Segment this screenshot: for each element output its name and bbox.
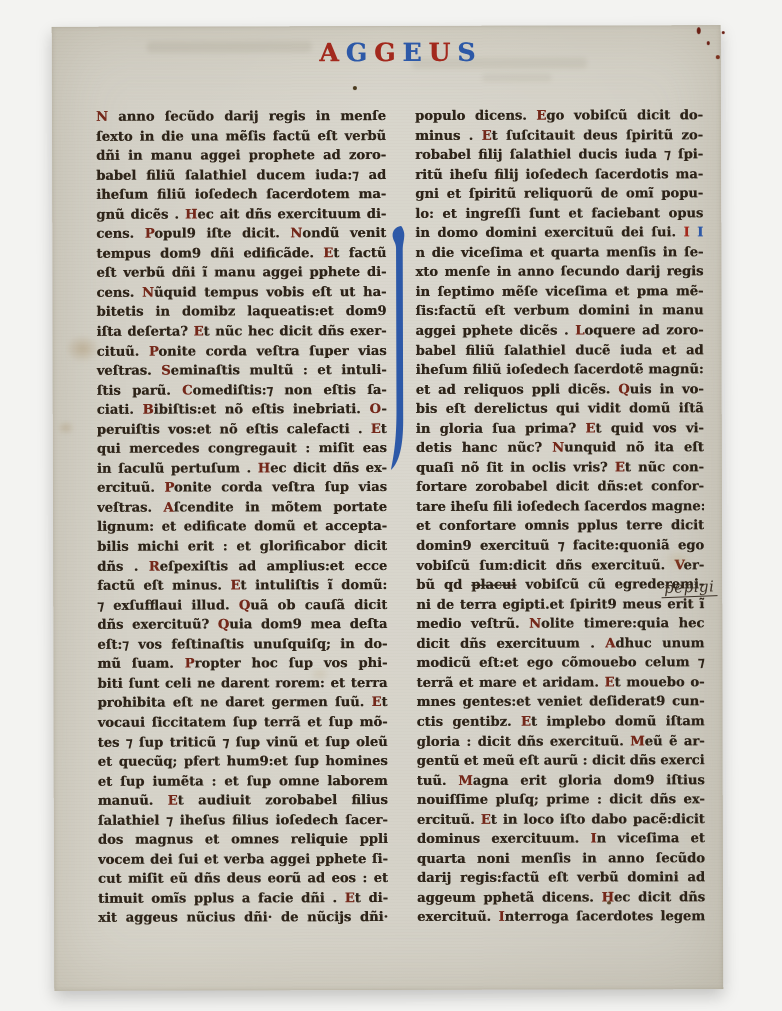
red-mark [707, 41, 710, 45]
left-column: N anno ſecũdo darij regis in menſeſexto … [96, 107, 388, 930]
text-line: ſexto in die una mẽſis factũ eſt verbũ [96, 127, 386, 147]
text-line: terrã et mare et aridam. Et mouebo o- [416, 673, 704, 693]
stain [663, 549, 693, 571]
text-line: domin9 exercituũ ⁊ facite:quoniã ego [416, 536, 704, 556]
text-line: peruiſtis vos:et nõ eſtis calefacti . Et [97, 420, 387, 440]
text-line: n die viceſima et quarta menſis in ſe- [415, 243, 703, 263]
text-line: quarta noni menſis in anno ſecũdo [417, 849, 705, 869]
right-column: populo dicens. Ego vobiſcũ dicit do-minu… [415, 106, 705, 929]
text-line: aggei pphete dicẽs . Loquere ad zoro- [416, 321, 704, 341]
text-line: ſalathiel ⁊ iheſus filius ioſedech ſacer… [98, 811, 388, 831]
text-line: et ad reliquos ppli dicẽs. Quis in vo- [416, 380, 704, 400]
text-line: veſtras. Seminaſtis multũ : et intuli- [97, 361, 387, 381]
ink-showthrough [147, 41, 312, 52]
text-line: populo dicens. Ego vobiſcũ dicit do- [415, 106, 703, 126]
text-line: minus . Et ſuſcitauit deus ſpiritũ zo- [415, 126, 703, 146]
text-line: cens. Popul9 iſte dicit. Nondũ venit [96, 224, 386, 244]
text-line: dñs . Reſpexiſtis ad amplius:et ecce [97, 557, 387, 577]
ink-speck [607, 901, 611, 904]
stain [65, 335, 101, 363]
text-line: iheſum filiũ ioſedech ſacerdotẽ magnũ: [416, 360, 704, 380]
text-line: cens. Nũquid tempus vobis eſt ut ha- [96, 283, 386, 303]
text-line: mũ ſuam. Propter hoc ſup vos phi- [97, 654, 387, 674]
red-mark [697, 27, 701, 34]
header-letter: G [346, 38, 374, 67]
text-line: iheſum filiũ ioſedech ſacerdotem ma- [96, 185, 386, 205]
text-line: ciati. Bibiſtis:et nõ eſtis inebriati. O… [97, 400, 387, 420]
text-line: ercituũ. Ponite corda veſtra ſup vias [97, 478, 387, 498]
text-line: vocaui ſiccitatem ſup terrã et ſup mõ- [98, 713, 388, 733]
text-line: gentũ et meũ eſt aurũ : dicit dñs exerci… [417, 751, 705, 771]
text-line: modicũ eſt:et ego cõmouebo celum ⁊ [416, 653, 704, 673]
text-line: ſis:factũ eſt verbum domini in manu [415, 302, 703, 322]
text-line: eſt verbũ dñi ĩ manu aggei pphete di- [96, 263, 386, 283]
text-line: in gloria ſua prima? Et quid vos vi- [416, 419, 704, 439]
text-line: in domo domini exercituũ dei ſui. I I [415, 223, 703, 243]
margin-note: pepigi [661, 577, 718, 598]
running-header: AGGEUS [296, 38, 506, 73]
text-line: et ſup iumẽta : et ſup omne laborem [98, 772, 388, 792]
text-line: et confortare omnis pplus terre dicit [416, 517, 704, 537]
text-line: robabel filij ſalathiel ducis iuda ⁊ ſpi… [415, 145, 703, 165]
text-line: timuit omĩs pplus a facie dñi . Et di- [98, 889, 388, 909]
text-line: xit aggeus nũcius dñi· de nũcijs dñi· [98, 908, 388, 928]
chapter-initial-I-icon [390, 226, 412, 472]
text-line: dicit dñs exercituum . Adhuc unum [416, 634, 704, 654]
bible-leaf: AGGEUS N anno ſecũdo darij regis in menſ… [52, 25, 724, 991]
text-line: xto menſe in anno ſecundo darij regis [415, 263, 703, 283]
text-line: in ſaculũ pertuſum . Hec dicit dñs ex- [97, 459, 387, 479]
text-line: nouiſſime pluſq; prime : dicit dñs ex- [417, 790, 705, 810]
text-line: medio veſtrũ. Nolite timere:quia hec [416, 614, 704, 634]
red-mark [716, 55, 720, 59]
text-line: darij regis:factũ eſt verbũ domini ad [417, 868, 705, 888]
photo-background: AGGEUS N anno ſecũdo darij regis in menſ… [0, 0, 782, 1011]
text-line: tempus dom9 dñi edificãde. Et factũ [96, 244, 386, 264]
text-line: in ſeptimo mẽſe viceſima et pma mẽ- [415, 282, 703, 302]
text-line: eſt:⁊ vos feſtinaſtis unuſquiſq; in do- [97, 635, 387, 655]
text-line: tare iheſu fili ioſedech ſacerdos magne: [416, 497, 704, 517]
text-line: lo: et ingreſſi ſunt et faciebant opus [415, 204, 703, 224]
text-line: exercituũ. Interroga ſacerdotes legem [417, 908, 705, 928]
text-line: ercituũ. Et in loco iſto dabo pacẽ:dicit [417, 810, 705, 830]
text-line: dominus exercituum. In viceſima et [417, 829, 705, 849]
text-line: mnes gentes:et veniet deſiderat9 cun- [416, 693, 704, 713]
text-line: aggeum pphetã dicens. Hec dicit dñs [417, 888, 705, 908]
text-line: tes ⁊ ſup triticũ ⁊ ſup vinũ et ſup oleũ [98, 733, 388, 753]
text-line: ctis gentibz. Et implebo domũ iſtam [417, 712, 705, 732]
text-line: bis eſt derelictus qui vidit domũ iſtã [416, 399, 704, 419]
text-line: veſtras. Aſcendite in mõtem portate [97, 498, 387, 518]
text-line: detis hanc nũc? Nunquid nõ ita eſt [416, 438, 704, 458]
header-letter: G [374, 38, 402, 67]
text-line: cituũ. Ponite corda veſtra ſuper vias [97, 342, 387, 362]
text-line: N anno ſecũdo darij regis in menſe [96, 107, 386, 127]
text-line: bitetis in domibz laqueatis:et dom9 [96, 302, 386, 322]
text-line: ſtis parũ. Comediſtis:⁊ non eſtis ſa- [97, 381, 387, 401]
chapter-initial-I-stroke [390, 226, 405, 470]
header-letter: E [402, 38, 428, 67]
text-line: dos magnus et omnes reliquie ppli [98, 830, 388, 850]
text-line: babel filiũ ſalathiel ducẽ iuda et ad [416, 341, 704, 361]
text-line: qui mercedes congregauit : miſit eas [97, 439, 387, 459]
text-line: vocem dei ſui et verba aggei pphete ſi- [98, 850, 388, 870]
text-line: gnũ dicẽs . Hec ait dñs exercituum di- [96, 205, 386, 225]
text-line: bilis michi erit : et glorificabor dicit [97, 537, 387, 557]
text-line: manuũ. Et audiuit zorobabel filius [98, 791, 388, 811]
red-mark [722, 31, 725, 34]
header-letter: U [428, 38, 457, 67]
text-line: ritũ iheſu filij ioſedech ſacerdotis ma- [415, 165, 703, 185]
text-line: cut miſit eũ dñs deus eorũ ad eos : et [98, 869, 388, 889]
text-line: biti ſunt celi ne darent rorem: et terra [97, 674, 387, 694]
text-line: gni et ſpiritũ reliquorũ de omĩ popu- [415, 184, 703, 204]
text-line: fortare zorobabel dicit dñs:et confor- [416, 478, 704, 498]
stain [57, 421, 75, 435]
text-line: gloria : dicit dñs exercituũ. Meũ ẽ ar- [417, 732, 705, 752]
header-letter: A [319, 38, 345, 67]
text-line: vobiſcũ ſum:dicit dñs exercituũ. Ver- [416, 556, 704, 576]
text-line: tuũ. Magna erit gloria dom9 iſtius [417, 771, 705, 791]
text-line: dñs exercituũ? Quia dom9 mea deſta [97, 615, 387, 635]
text-line: ⁊ exſufflaui illud. Quã ob cauſã dicit [97, 596, 387, 616]
ink-showthrough [482, 74, 552, 82]
text-line: iſta deſerta? Et nũc hec dicit dñs exer- [97, 322, 387, 342]
text-line: quaſi nõ ſit in oclis vris? Et nũc con- [416, 458, 704, 478]
text-line: et quecũq; pfert hum9:et ſup homines [98, 752, 388, 772]
text-line: dñi in manu aggei prophete ad zoro- [96, 146, 386, 166]
text-line: babel filiũ ſalathiel ducem iuda:⁊ ad [96, 166, 386, 186]
ink-speck [353, 86, 357, 90]
text-line: factũ eſt minus. Et intuliſtis ĩ domũ: [97, 576, 387, 596]
text-line: prohibita eſt ne daret germen ſuũ. Et [97, 693, 387, 713]
stain [308, 666, 330, 682]
header-letter: S [457, 38, 482, 67]
text-line: lignum: et edificate domũ et accepta- [97, 517, 387, 537]
